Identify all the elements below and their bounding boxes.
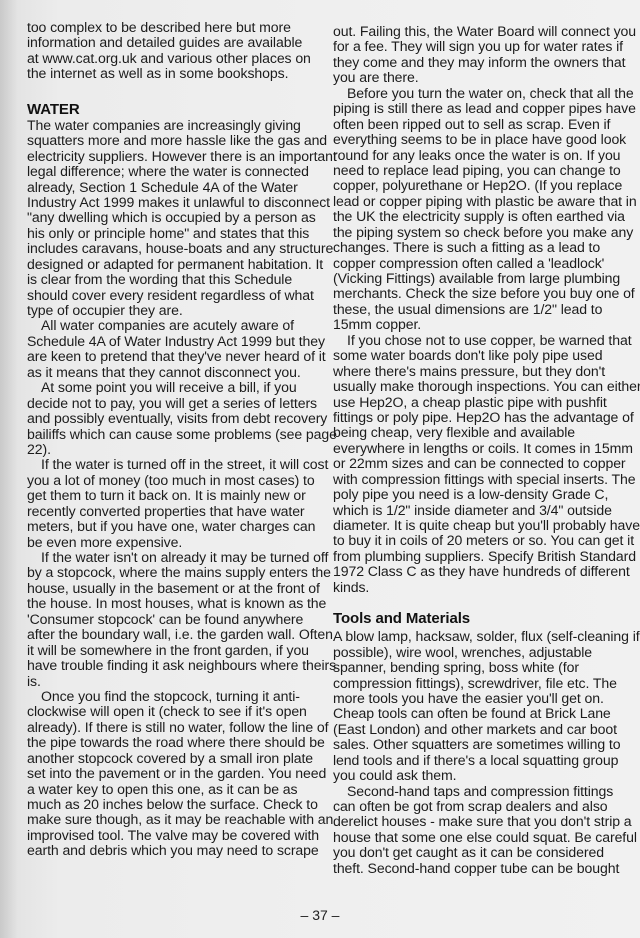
text-line: is. <box>27 674 317 689</box>
text-line: with compression fittings with special i… <box>333 472 629 487</box>
text-line: out. Failing this, the Water Board will … <box>333 24 629 39</box>
text-line: set into the pavement or in the garden. … <box>27 766 317 781</box>
text-line: more tools you have the easier you'll ge… <box>333 691 629 706</box>
text-line: get them to turn it back on. It is mainl… <box>27 488 317 503</box>
text-line: information and detailed guides are avai… <box>27 35 317 50</box>
text-line: a water key to open this one, as it can … <box>27 782 317 797</box>
text-line: or 22mm sizes and can be connected to co… <box>333 456 629 471</box>
text-line: improvised tool. The valve may be covere… <box>27 828 317 843</box>
text-line: Schedule 4A of Water Industry Act 1999 b… <box>27 334 317 349</box>
text-line: 'Consumer stopcock' can be found anywher… <box>27 612 317 627</box>
text-line: kinds. <box>333 580 629 595</box>
text-line: as it means that they cannot disconnect … <box>27 365 317 380</box>
text-line: merchants. Check the size before you buy… <box>333 286 629 301</box>
text-line: At some point you will receive a bill, i… <box>27 380 317 395</box>
text-line: for a fee. They will sign you up for wat… <box>333 39 629 54</box>
text-line: legal difference; where the water is con… <box>27 164 317 179</box>
text-line: at www.cat.org.uk and various other plac… <box>27 51 317 66</box>
text-line: bailiffs which can cause some problems (… <box>27 427 317 442</box>
text-line: 22). <box>27 442 317 457</box>
text-line: 1972 Class C as they have hundreds of di… <box>333 564 629 579</box>
text-line: the pipe towards the road where there sh… <box>27 735 317 750</box>
text-line: poly pipe you need is a low-density Grad… <box>333 487 629 502</box>
text-line: copper, polyurethane or Hep2O. (If you r… <box>333 178 629 193</box>
text-line: to buy it in coils of 20 meters or so. Y… <box>333 533 629 548</box>
paragraph: Before you turn the water on, check that… <box>333 86 629 333</box>
text-line: If you chose not to use copper, be warne… <box>333 333 629 348</box>
text-line: If the water isn't on already it may be … <box>27 550 317 565</box>
text-line: designed or adapted for permanent habita… <box>27 257 317 272</box>
text-line: meters, but if you have one, water charg… <box>27 519 317 534</box>
text-line: round for any leaks once the water is on… <box>333 148 629 163</box>
paragraph: At some point you will receive a bill, i… <box>27 380 317 457</box>
text-line: derelict houses - make sure that you don… <box>333 814 629 829</box>
text-line: you don't get caught as it can be consid… <box>333 845 629 860</box>
text-line: you are there. <box>333 70 629 85</box>
text-line: (East London) and other markets and car … <box>333 722 629 737</box>
paragraph: Once you find the stopcock, turning it a… <box>27 689 317 859</box>
text-line: some water boards don't like poly pipe u… <box>333 348 629 363</box>
text-line: they come and they may inform the owners… <box>333 55 629 70</box>
text-line: from plumbing suppliers. Specify British… <box>333 549 629 564</box>
text-line: and possibly eventually, visits from deb… <box>27 411 317 426</box>
section-heading-tools-and-materials: Tools and Materials <box>333 611 629 629</box>
text-line: All water companies are acutely aware of <box>27 318 317 333</box>
text-line: already). If there is still no water, fo… <box>27 720 317 735</box>
paragraph: Second-hand taps and compression fitting… <box>333 784 629 877</box>
text-line: after the boundary wall, i.e. the garden… <box>27 627 317 642</box>
text-line: clockwise will open it (check to see if … <box>27 704 317 719</box>
text-line: A blow lamp, hacksaw, solder, flux (self… <box>333 629 629 644</box>
left-column: too complex to be described here but mor… <box>27 20 317 859</box>
text-line: Industry Act 1999 makes it unlawful to d… <box>27 195 317 210</box>
text-line: decide not to pay, you will get a series… <box>27 396 317 411</box>
text-line: are keen to pretend that they've never h… <box>27 349 317 364</box>
text-line: includes caravans, house-boats and any s… <box>27 241 317 256</box>
paragraph: The water companies are increasingly giv… <box>27 118 317 319</box>
text-line: make sure though, as it may be reachable… <box>27 812 317 827</box>
text-line: too complex to be described here but mor… <box>27 20 317 35</box>
text-line: the piping system so check before you ma… <box>333 225 629 240</box>
text-line: you a lot of money (too much in most cas… <box>27 473 317 488</box>
text-line: squatters more and more hassle like the … <box>27 133 317 148</box>
water-section-body: The water companies are increasingly giv… <box>27 118 317 859</box>
text-line: the UK the electricity supply is often e… <box>333 209 629 224</box>
text-line: spanner, bending spring, boss white (for <box>333 660 629 675</box>
text-line: you could ask them. <box>333 768 629 783</box>
water-section-continued: out. Failing this, the Water Board will … <box>333 24 629 595</box>
paragraph: If the water is turned off in the street… <box>27 457 317 550</box>
text-line: house that some one else could squat. Be… <box>333 830 629 845</box>
text-line: house, usually in the basement or at the… <box>27 581 317 596</box>
text-line: changes. There is such a fitting as a le… <box>333 240 629 255</box>
text-line: 15mm copper. <box>333 317 629 332</box>
text-line: being cheap, very flexible and available <box>333 425 629 440</box>
text-line: where there's mains pressure, but they d… <box>333 364 629 379</box>
tools-section-body: A blow lamp, hacksaw, solder, flux (self… <box>333 629 629 876</box>
text-line: everything seems to be in place have goo… <box>333 132 629 147</box>
text-line: everywhere in lengths or coils. It comes… <box>333 441 629 456</box>
text-line: Before you turn the water on, check that… <box>333 86 629 101</box>
text-line: (Vicking Fittings) available from large … <box>333 271 629 286</box>
text-line: type of occupier they are. <box>27 303 317 318</box>
page-number: – 37 – <box>0 907 640 923</box>
text-line: Second-hand taps and compression fitting… <box>333 784 629 799</box>
text-line: earth and debris which you may need to s… <box>27 843 317 858</box>
text-line: theft. Second-hand copper tube can be bo… <box>333 861 629 876</box>
text-line: use Hep2O, a cheap plastic pipe with pus… <box>333 395 629 410</box>
text-line: lead or copper piping with plastic be aw… <box>333 194 629 209</box>
text-line: these, the usual dimensions are 1/2" lea… <box>333 302 629 317</box>
text-line: "any dwelling which is occupied by a per… <box>27 210 317 225</box>
paragraph: All water companies are acutely aware of… <box>27 318 317 380</box>
paragraph: If you chose not to use copper, be warne… <box>333 333 629 595</box>
text-line: Cheap tools can often be found at Brick … <box>333 706 629 721</box>
text-line: lend tools and if there's a local squatt… <box>333 753 629 768</box>
text-line: be even more expensive. <box>27 535 317 550</box>
intro-paragraph: too complex to be described here but mor… <box>27 20 317 82</box>
text-line: already, Section 1 Schedule 4A of the Wa… <box>27 180 317 195</box>
right-column: out. Failing this, the Water Board will … <box>333 24 629 876</box>
text-line: usually make thorough inspections. You c… <box>333 379 629 394</box>
section-heading-water: WATER <box>27 102 317 118</box>
text-line: sales. Other squatters are sometimes wil… <box>333 737 629 752</box>
text-line: by a stopcock, where the mains supply en… <box>27 565 317 580</box>
text-line: another stopcock covered by a small iron… <box>27 751 317 766</box>
text-line: compression fittings), screwdriver, file… <box>333 676 629 691</box>
text-line: piping is still there as lead and copper… <box>333 101 629 116</box>
text-line: have trouble finding it ask neighbours w… <box>27 658 317 673</box>
paragraph: A blow lamp, hacksaw, solder, flux (self… <box>333 629 629 783</box>
text-line: his only or principle home" and states t… <box>27 226 317 241</box>
paragraph: If the water isn't on already it may be … <box>27 550 317 689</box>
text-line: often been ripped out to sell as scrap. … <box>333 117 629 132</box>
text-line: it will be somewhere in the front garden… <box>27 643 317 658</box>
paragraph: out. Failing this, the Water Board will … <box>333 24 629 86</box>
text-line: possible), wire wool, wrenches, adjustab… <box>333 645 629 660</box>
text-line: diameter. It is quite cheap but you'll p… <box>333 518 629 533</box>
text-line: the internet as well as in some bookshop… <box>27 66 317 81</box>
text-line: which is 1/2" inside diameter and 3/4" o… <box>333 503 629 518</box>
text-line: can often be got from scrap dealers and … <box>333 799 629 814</box>
text-line: need to replace lead piping, you can cha… <box>333 163 629 178</box>
text-line: should cover every resident regardless o… <box>27 288 317 303</box>
text-line: copper compression often called a 'leadl… <box>333 256 629 271</box>
text-line: fittings or poly pipe. Hep2O has the adv… <box>333 410 629 425</box>
text-line: much as 20 inches below the surface. Che… <box>27 797 317 812</box>
text-line: If the water is turned off in the street… <box>27 457 317 472</box>
text-line: electricity suppliers. However there is … <box>27 149 317 164</box>
text-line: Once you find the stopcock, turning it a… <box>27 689 317 704</box>
text-line: is clear from the wording that this Sche… <box>27 272 317 287</box>
text-line: The water companies are increasingly giv… <box>27 118 317 133</box>
text-line: recently converted properties that have … <box>27 504 317 519</box>
text-line: the house. In most houses, what is known… <box>27 596 317 611</box>
